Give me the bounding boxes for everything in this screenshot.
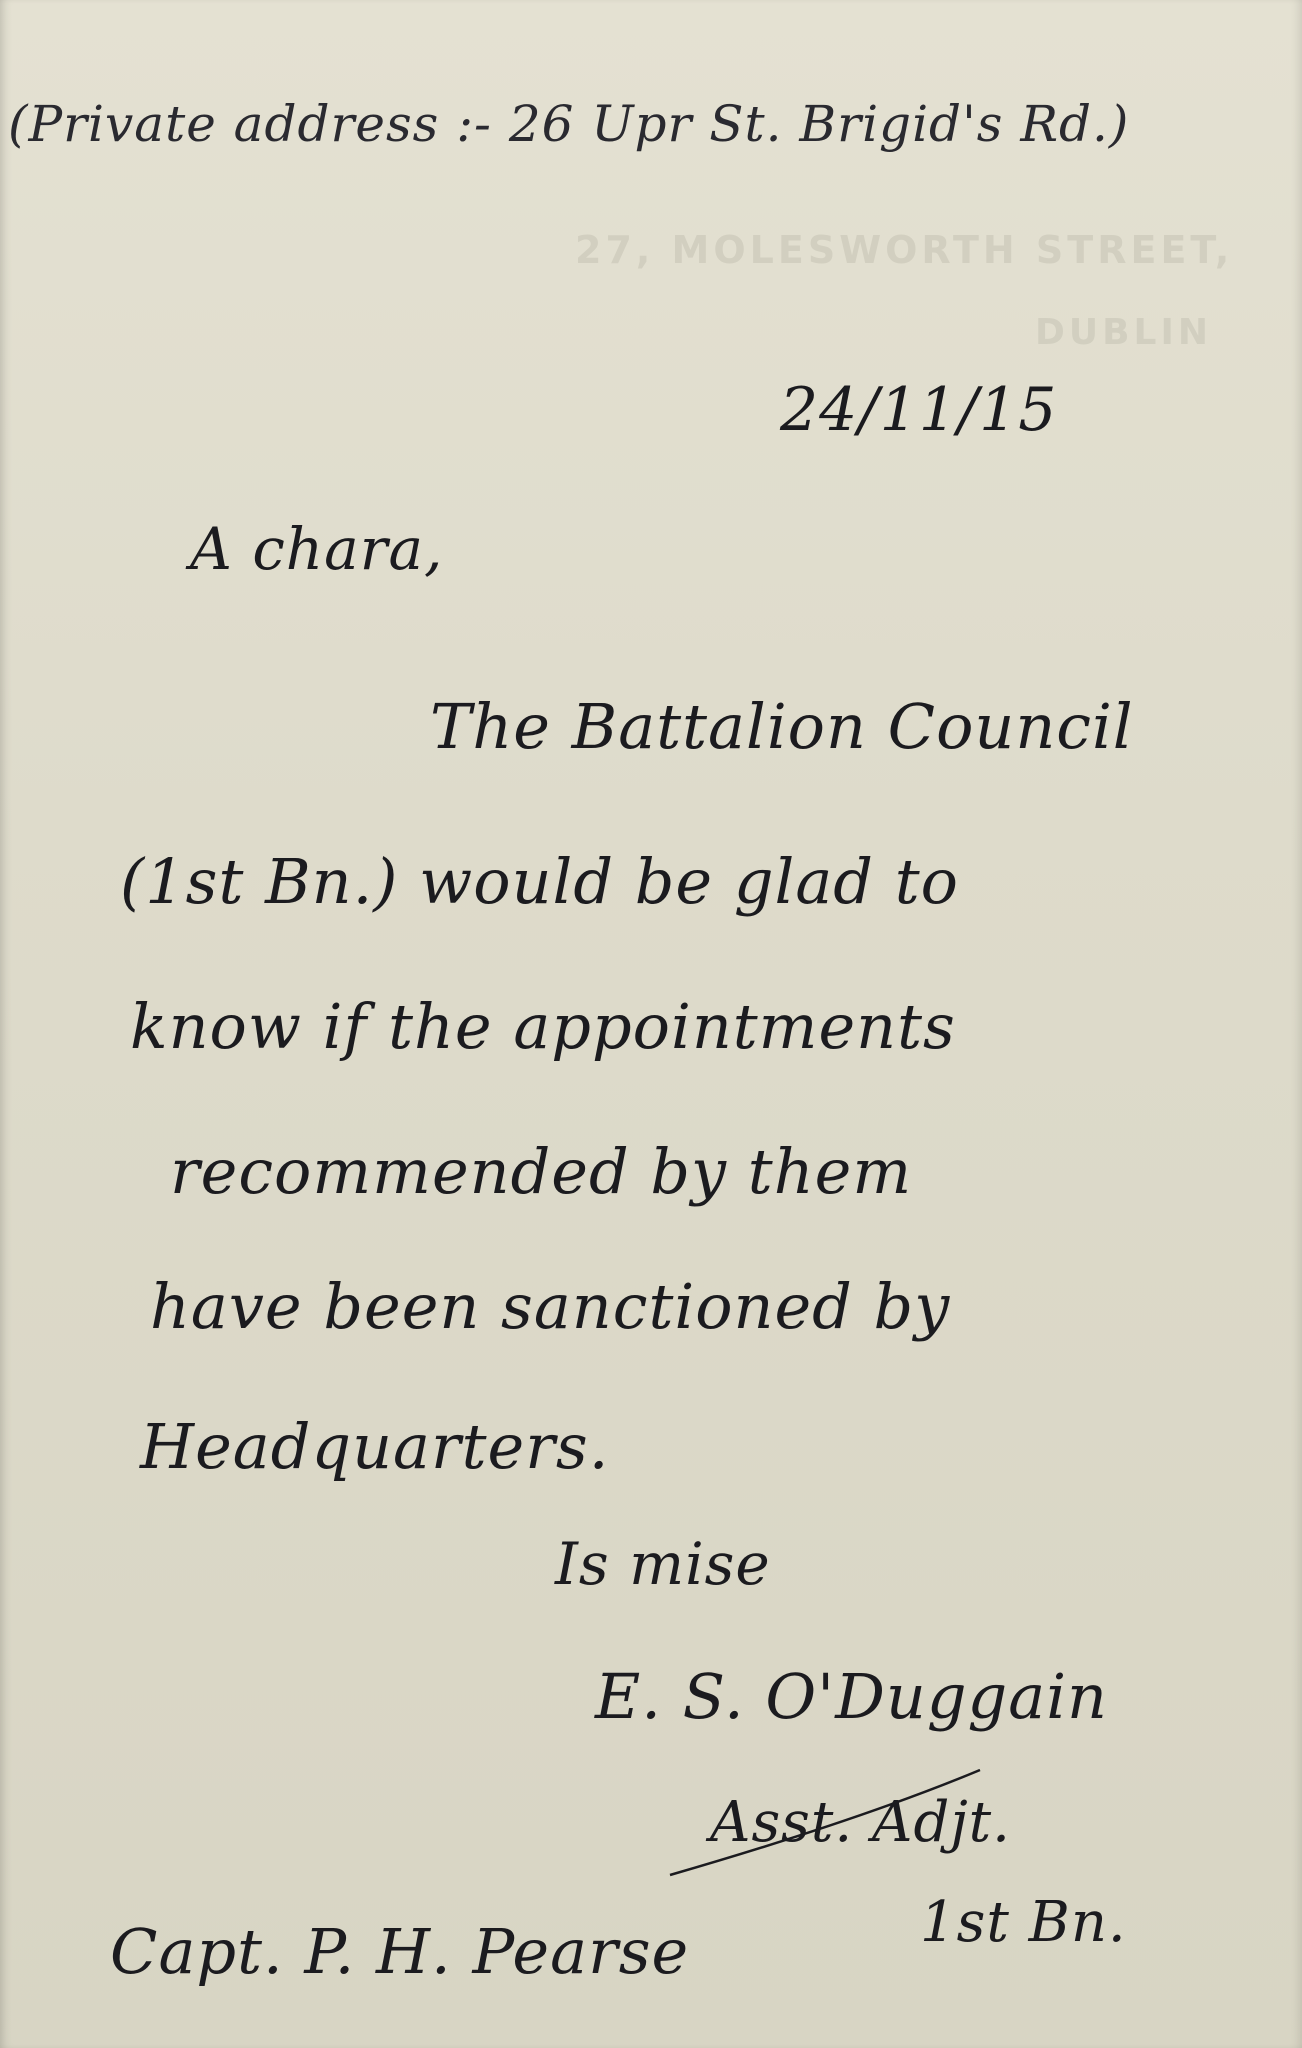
body-line: know if the appointments xyxy=(130,990,956,1063)
letterhead-street: 27, MOLESWORTH STREET, xyxy=(575,228,1233,272)
body-line: have been sanctioned by xyxy=(150,1270,950,1343)
body-line: (1st Bn.) would be glad to xyxy=(120,845,959,918)
body-line: recommended by them xyxy=(170,1135,912,1208)
signature-name: E. S. O'Duggain xyxy=(595,1660,1108,1733)
salutation: A chara, xyxy=(190,515,443,583)
signature-unit: 1st Bn. xyxy=(920,1890,1127,1955)
body-line: The Battalion Council xyxy=(430,690,1134,763)
closing: Is mise xyxy=(555,1530,771,1598)
body-line: Headquarters. xyxy=(140,1410,609,1483)
recipient: Capt. P. H. Pearse xyxy=(110,1915,689,1988)
letter-date: 24/11/15 xyxy=(780,375,1057,445)
signature-title: Asst. Adjt. xyxy=(710,1790,1011,1855)
letterhead-city: DUBLIN xyxy=(1035,312,1212,353)
private-address: (Private address :- 26 Upr St. Brigid's … xyxy=(8,95,1129,153)
letter-page: (Private address :- 26 Upr St. Brigid's … xyxy=(0,0,1302,2048)
